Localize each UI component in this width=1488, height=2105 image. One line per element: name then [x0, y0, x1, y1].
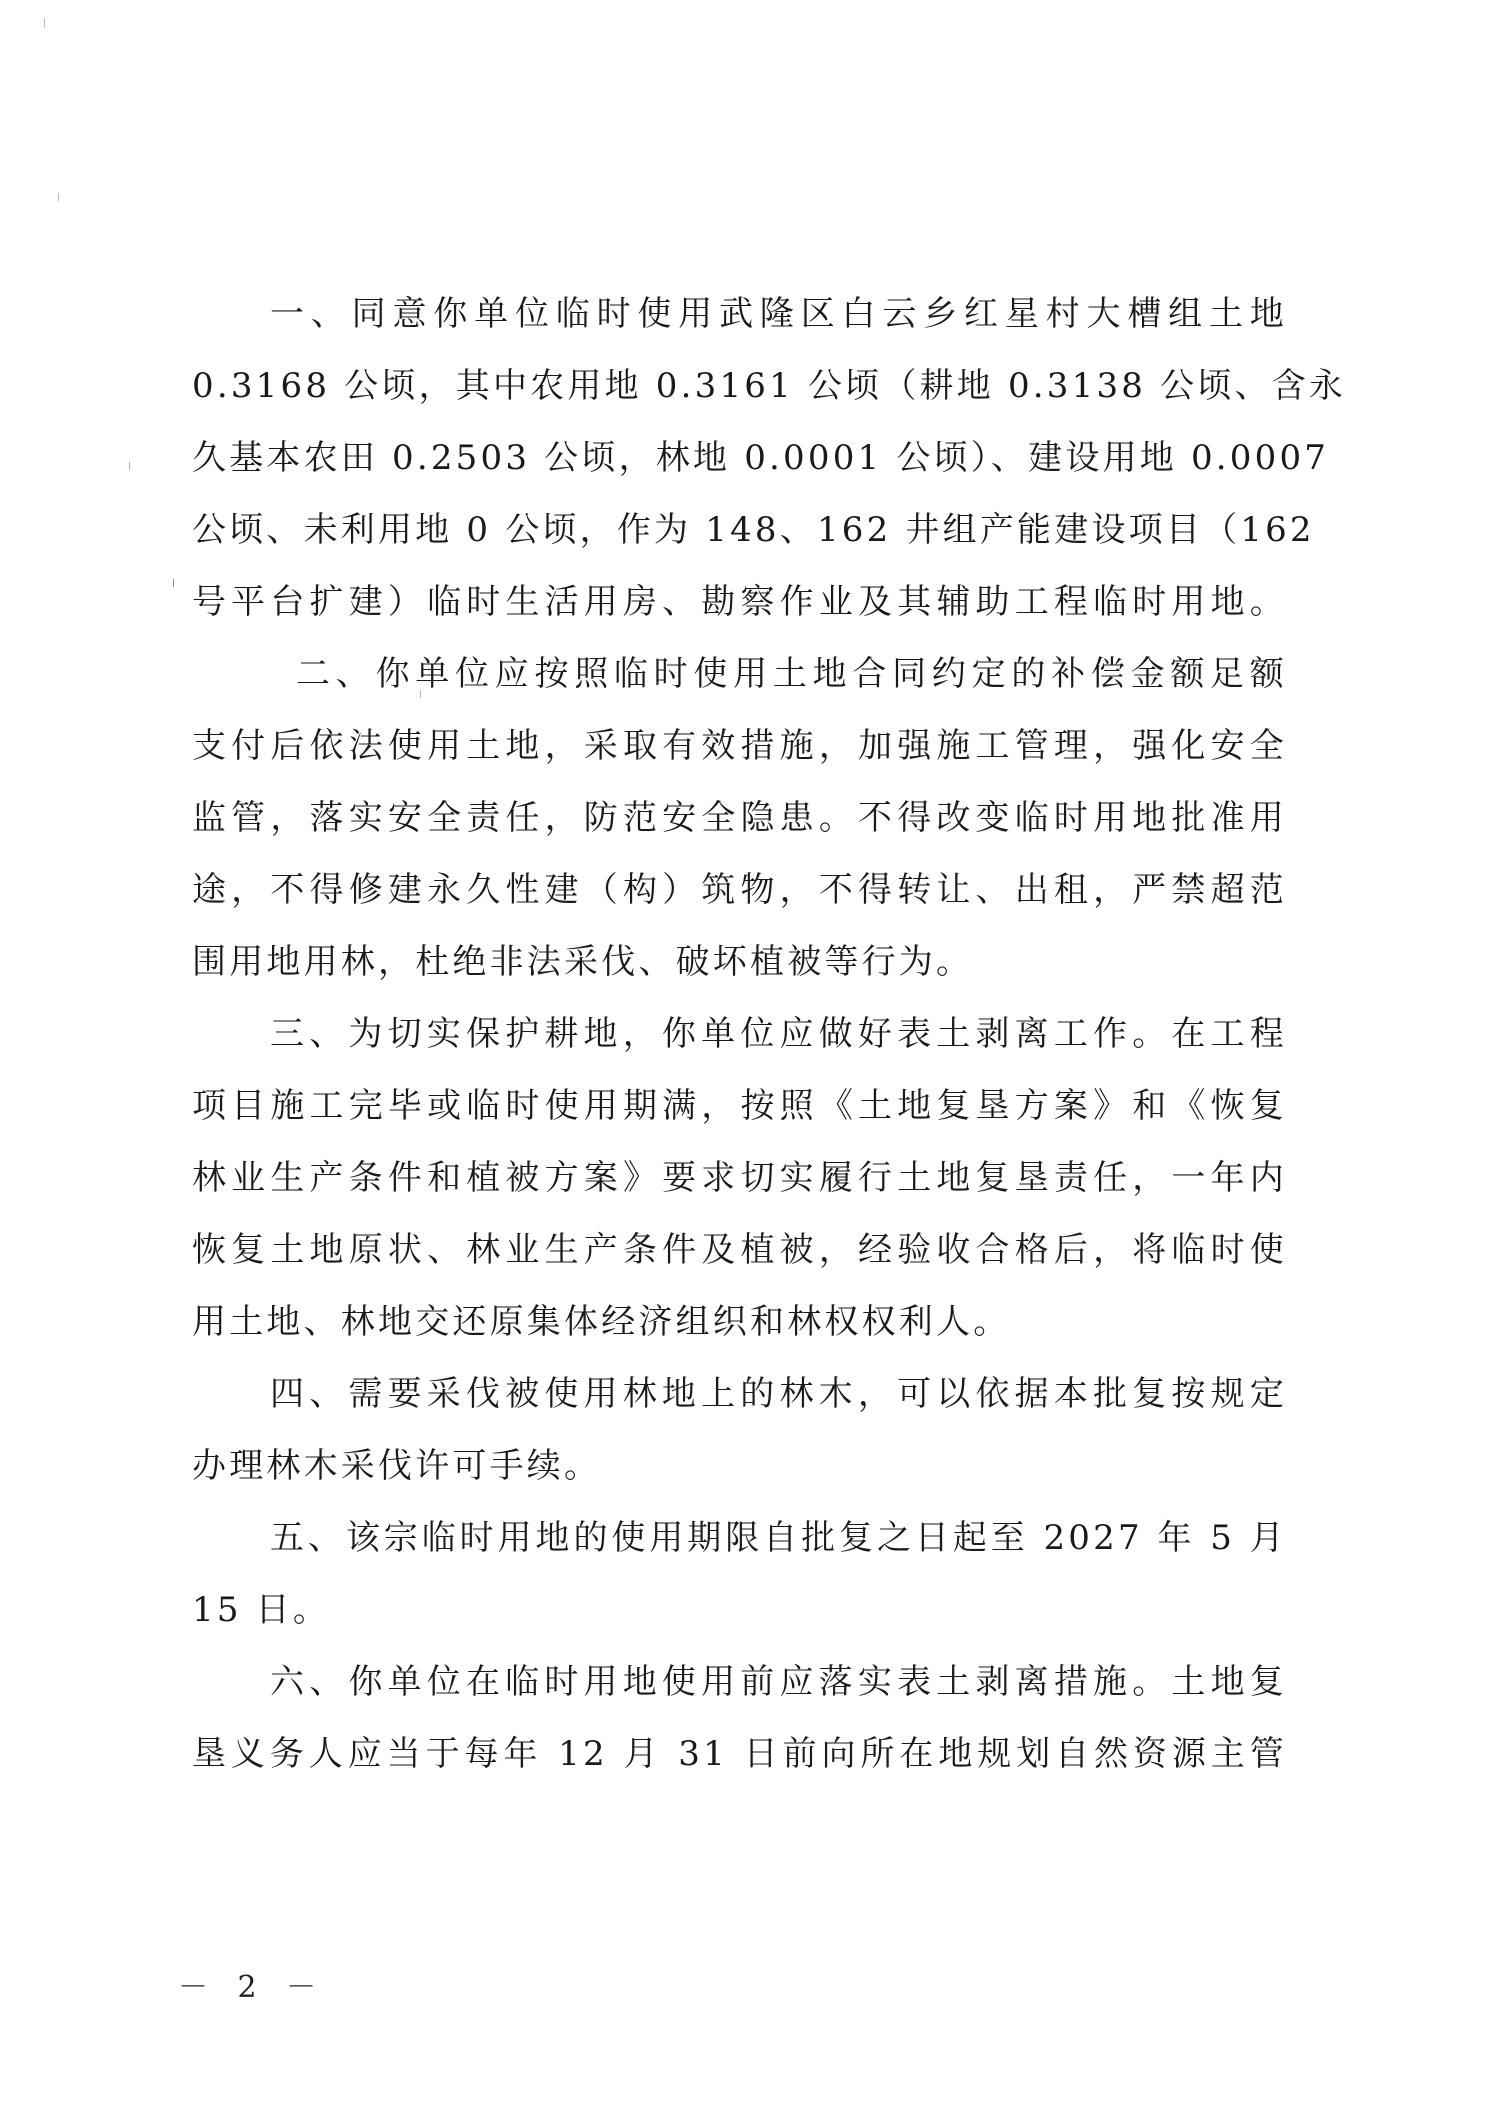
text-line: 三、为切实保护耕地，你单位应做好表土剥离工作。在工程: [192, 998, 1287, 1070]
paragraph-item-1: 一、同意你单位临时使用武隆区白云乡红星村大槽组土地 0.3168 公顷，其中农用…: [192, 278, 1287, 638]
paragraph-item-6: 六、你单位在临时用地使用前应落实表土剥离措施。土地复 垦义务人应当于每年 12 …: [192, 1646, 1287, 1790]
paragraph-item-4: 四、需要采伐被使用林地上的林木，可以依据本批复按规定 办理林木采伐许可手续。: [192, 1358, 1287, 1502]
text-line: 办理林木采伐许可手续。: [192, 1430, 1287, 1502]
text-line: 项目施工完毕或临时使用期满，按照《土地复垦方案》和《恢复: [192, 1070, 1287, 1142]
text-line: 0.3168 公顷，其中农用地 0.3161 公顷（耕地 0.3138 公顷、含…: [192, 350, 1287, 422]
text-line: 五、该宗临时用地的使用期限自批复之日起至 2027 年 5 月: [192, 1502, 1287, 1574]
paragraph-item-2: 二、你单位应按照临时使用土地合同约定的补偿金额足额 支付后依法使用土地，采取有效…: [192, 638, 1287, 998]
scan-speck: [129, 462, 130, 470]
text-line: 一、同意你单位临时使用武隆区白云乡红星村大槽组土地: [192, 278, 1287, 350]
text-line: 围用地用林，杜绝非法采伐、破坏植被等行为。: [192, 926, 1287, 998]
text-line: 垦义务人应当于每年 12 月 31 日前向所在地规划自然资源主管: [192, 1718, 1287, 1790]
scan-speck: [173, 579, 174, 587]
text-line: 号平台扩建）临时生活用房、勘察作业及其辅助工程临时用地。: [192, 566, 1287, 638]
document-page: 一、同意你单位临时使用武隆区白云乡红星村大槽组土地 0.3168 公顷，其中农用…: [0, 0, 1488, 2105]
scan-speck: [58, 193, 59, 201]
text-line: 监管，落实安全责任，防范安全隐患。不得改变临时用地批准用: [192, 782, 1287, 854]
text-line: 二、你单位应按照临时使用土地合同约定的补偿金额足额: [192, 638, 1287, 710]
text-line: 途，不得修建永久性建（构）筑物，不得转让、出租，严禁超范: [192, 854, 1287, 926]
text-line: 四、需要采伐被使用林地上的林木，可以依据本批复按规定: [192, 1358, 1287, 1430]
paragraph-item-3: 三、为切实保护耕地，你单位应做好表土剥离工作。在工程 项目施工完毕或临时使用期满…: [192, 998, 1287, 1358]
scan-speck: [44, 18, 45, 28]
text-line: 支付后依法使用土地，采取有效措施，加强施工管理，强化安全: [192, 710, 1287, 782]
page-number: － 2 －: [178, 1962, 326, 2006]
text-line: 林业生产条件和植被方案》要求切实履行土地复垦责任，一年内: [192, 1142, 1287, 1214]
text-line: 用土地、林地交还原集体经济组织和林权权利人。: [192, 1286, 1287, 1358]
document-body: 一、同意你单位临时使用武隆区白云乡红星村大槽组土地 0.3168 公顷，其中农用…: [192, 278, 1287, 1790]
paragraph-item-5: 五、该宗临时用地的使用期限自批复之日起至 2027 年 5 月 15 日。: [192, 1502, 1287, 1646]
text-line: 久基本农田 0.2503 公顷，林地 0.0001 公顷）、建设用地 0.000…: [192, 422, 1287, 494]
text-line: 恢复土地原状、林业生产条件及植被，经验收合格后，将临时使: [192, 1214, 1287, 1286]
text-line: 六、你单位在临时用地使用前应落实表土剥离措施。土地复: [192, 1646, 1287, 1718]
text-line: 15 日。: [192, 1574, 1287, 1646]
text-line: 公顷、未利用地 0 公顷，作为 148、162 井组产能建设项目（162: [192, 494, 1287, 566]
